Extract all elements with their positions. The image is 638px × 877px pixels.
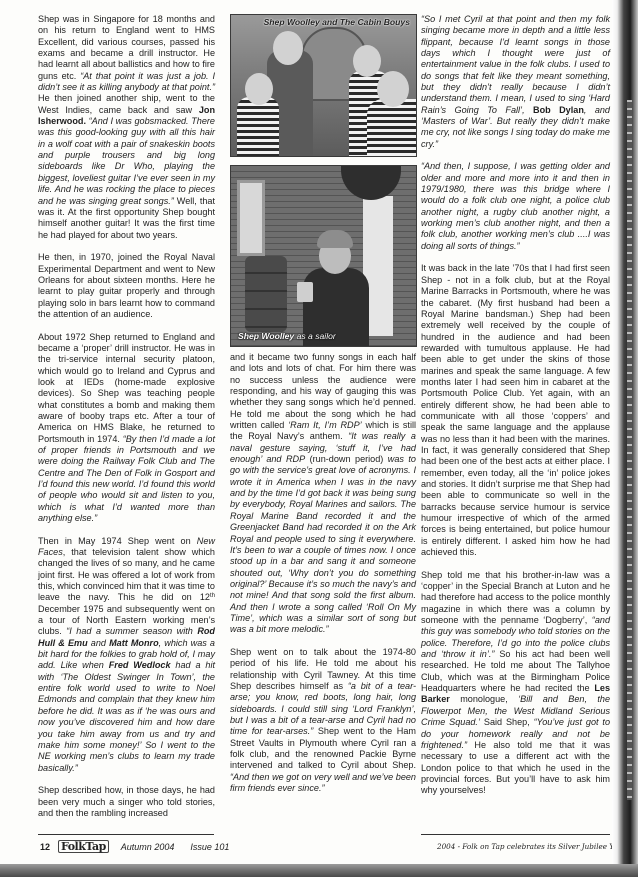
footer-tagline: 2004 - Folk on Tap celebrates its Silver… bbox=[437, 842, 625, 851]
paragraph: Shep was in Singapore for 18 months and … bbox=[38, 14, 215, 241]
man-4-striped-shirt bbox=[367, 99, 416, 156]
paragraph: and it became two funny songs in each ha… bbox=[230, 352, 416, 636]
paragraph: Shep went on to talk about the 1974-80 p… bbox=[230, 647, 416, 794]
page-number: 12 bbox=[40, 842, 58, 852]
man-2-head bbox=[273, 31, 303, 65]
man-1-striped-shirt bbox=[237, 97, 279, 156]
text: About 1972 Shep returned to England and … bbox=[38, 332, 215, 444]
woolly-hat bbox=[317, 230, 353, 248]
paragraph: “So I met Cyril at that point and then m… bbox=[421, 14, 610, 150]
photo-caption: Shep Woolley and The Cabin Bouys bbox=[264, 17, 410, 27]
issue-number: Issue 101 bbox=[190, 842, 229, 852]
issue-season: Autumn 2004 bbox=[121, 842, 175, 852]
magazine-page: Shep was in Singapore for 18 months and … bbox=[0, 0, 638, 877]
article-column-right: “So I met Cyril at that point and then m… bbox=[421, 14, 610, 797]
text: “I had a summer season with bbox=[66, 626, 197, 636]
quote: “And then we got on very well and we’ve … bbox=[230, 772, 416, 793]
caption-name: Shep Woolley bbox=[238, 331, 294, 341]
quote: “I had a summer season with Rod Hull & E… bbox=[38, 626, 215, 772]
person-name: Bob Dylan bbox=[533, 105, 584, 115]
man-3-head bbox=[353, 45, 381, 77]
text: and bbox=[88, 638, 109, 648]
scan-bottom-edge bbox=[0, 864, 638, 877]
article-column-middle: and it became two funny songs in each ha… bbox=[230, 352, 416, 794]
person-name: Fred Wedlock bbox=[109, 660, 171, 670]
paragraph: “And then, I suppose, I was getting olde… bbox=[421, 161, 610, 252]
paragraph: It was back in the late ’70s that I had … bbox=[421, 263, 610, 558]
caption-text: as a sailor bbox=[294, 331, 336, 341]
person-name: Matt Monro bbox=[109, 638, 159, 648]
facing-page-text-edge bbox=[627, 100, 632, 800]
barrel bbox=[245, 256, 287, 332]
footer-divider bbox=[38, 834, 214, 835]
text: (run-down period) bbox=[305, 454, 388, 464]
text: Said Shep, bbox=[480, 717, 534, 727]
text: and it became two funny songs in each ha… bbox=[230, 352, 416, 430]
paragraph: About 1972 Shep returned to England and … bbox=[38, 332, 215, 525]
folk-on-tap-logo-icon: FolkTap bbox=[58, 840, 109, 853]
quote: was to go with the service’s great love … bbox=[230, 454, 416, 634]
footer-divider bbox=[421, 834, 610, 835]
window-frame bbox=[237, 180, 265, 256]
paragraph: Shep told me that his brother-in-law was… bbox=[421, 570, 610, 797]
text: He then joined another ship, went to the… bbox=[38, 93, 215, 114]
text: had a hit with ‘The Oldest Swinger In To… bbox=[38, 660, 215, 772]
text: Shep told me that his brother-in-law was… bbox=[421, 570, 610, 625]
photo-caption: Shep Woolley as a sailor bbox=[238, 331, 336, 341]
text: Then in May 1974 Shep went on bbox=[38, 536, 197, 546]
text: , that television talent show which chan… bbox=[38, 547, 215, 602]
text: monologue, bbox=[450, 694, 518, 704]
quote: “By then I’d made a lot of proper friend… bbox=[38, 434, 215, 523]
footer-left: 12 FolkTap Autumn 2004 Issue 101 bbox=[40, 840, 229, 853]
paragraph: Then in May 1974 Shep went on New Faces,… bbox=[38, 536, 215, 774]
man-4-head bbox=[377, 71, 409, 107]
text: “So I met Cyril at that point and then m… bbox=[421, 14, 610, 115]
man-1-head bbox=[245, 73, 273, 105]
paragraph: He then, in 1970, joined the Royal Naval… bbox=[38, 252, 215, 320]
quote: “And I was gobsmacked. There was this go… bbox=[38, 116, 215, 205]
photo-cabin-bouys: Shep Woolley and The Cabin Bouys bbox=[230, 14, 417, 157]
page-edge-shadow bbox=[612, 0, 638, 877]
tankard bbox=[297, 282, 313, 302]
article-column-left: Shep was in Singapore for 18 months and … bbox=[38, 14, 215, 819]
paragraph: Shep described how, in those days, he ha… bbox=[38, 785, 215, 819]
song-title: ‘Ram It, I’m RDP’ bbox=[288, 420, 362, 430]
ordinal-suffix: th bbox=[210, 593, 215, 599]
photo-shep-sailor: Shep Woolley as a sailor bbox=[230, 165, 417, 347]
